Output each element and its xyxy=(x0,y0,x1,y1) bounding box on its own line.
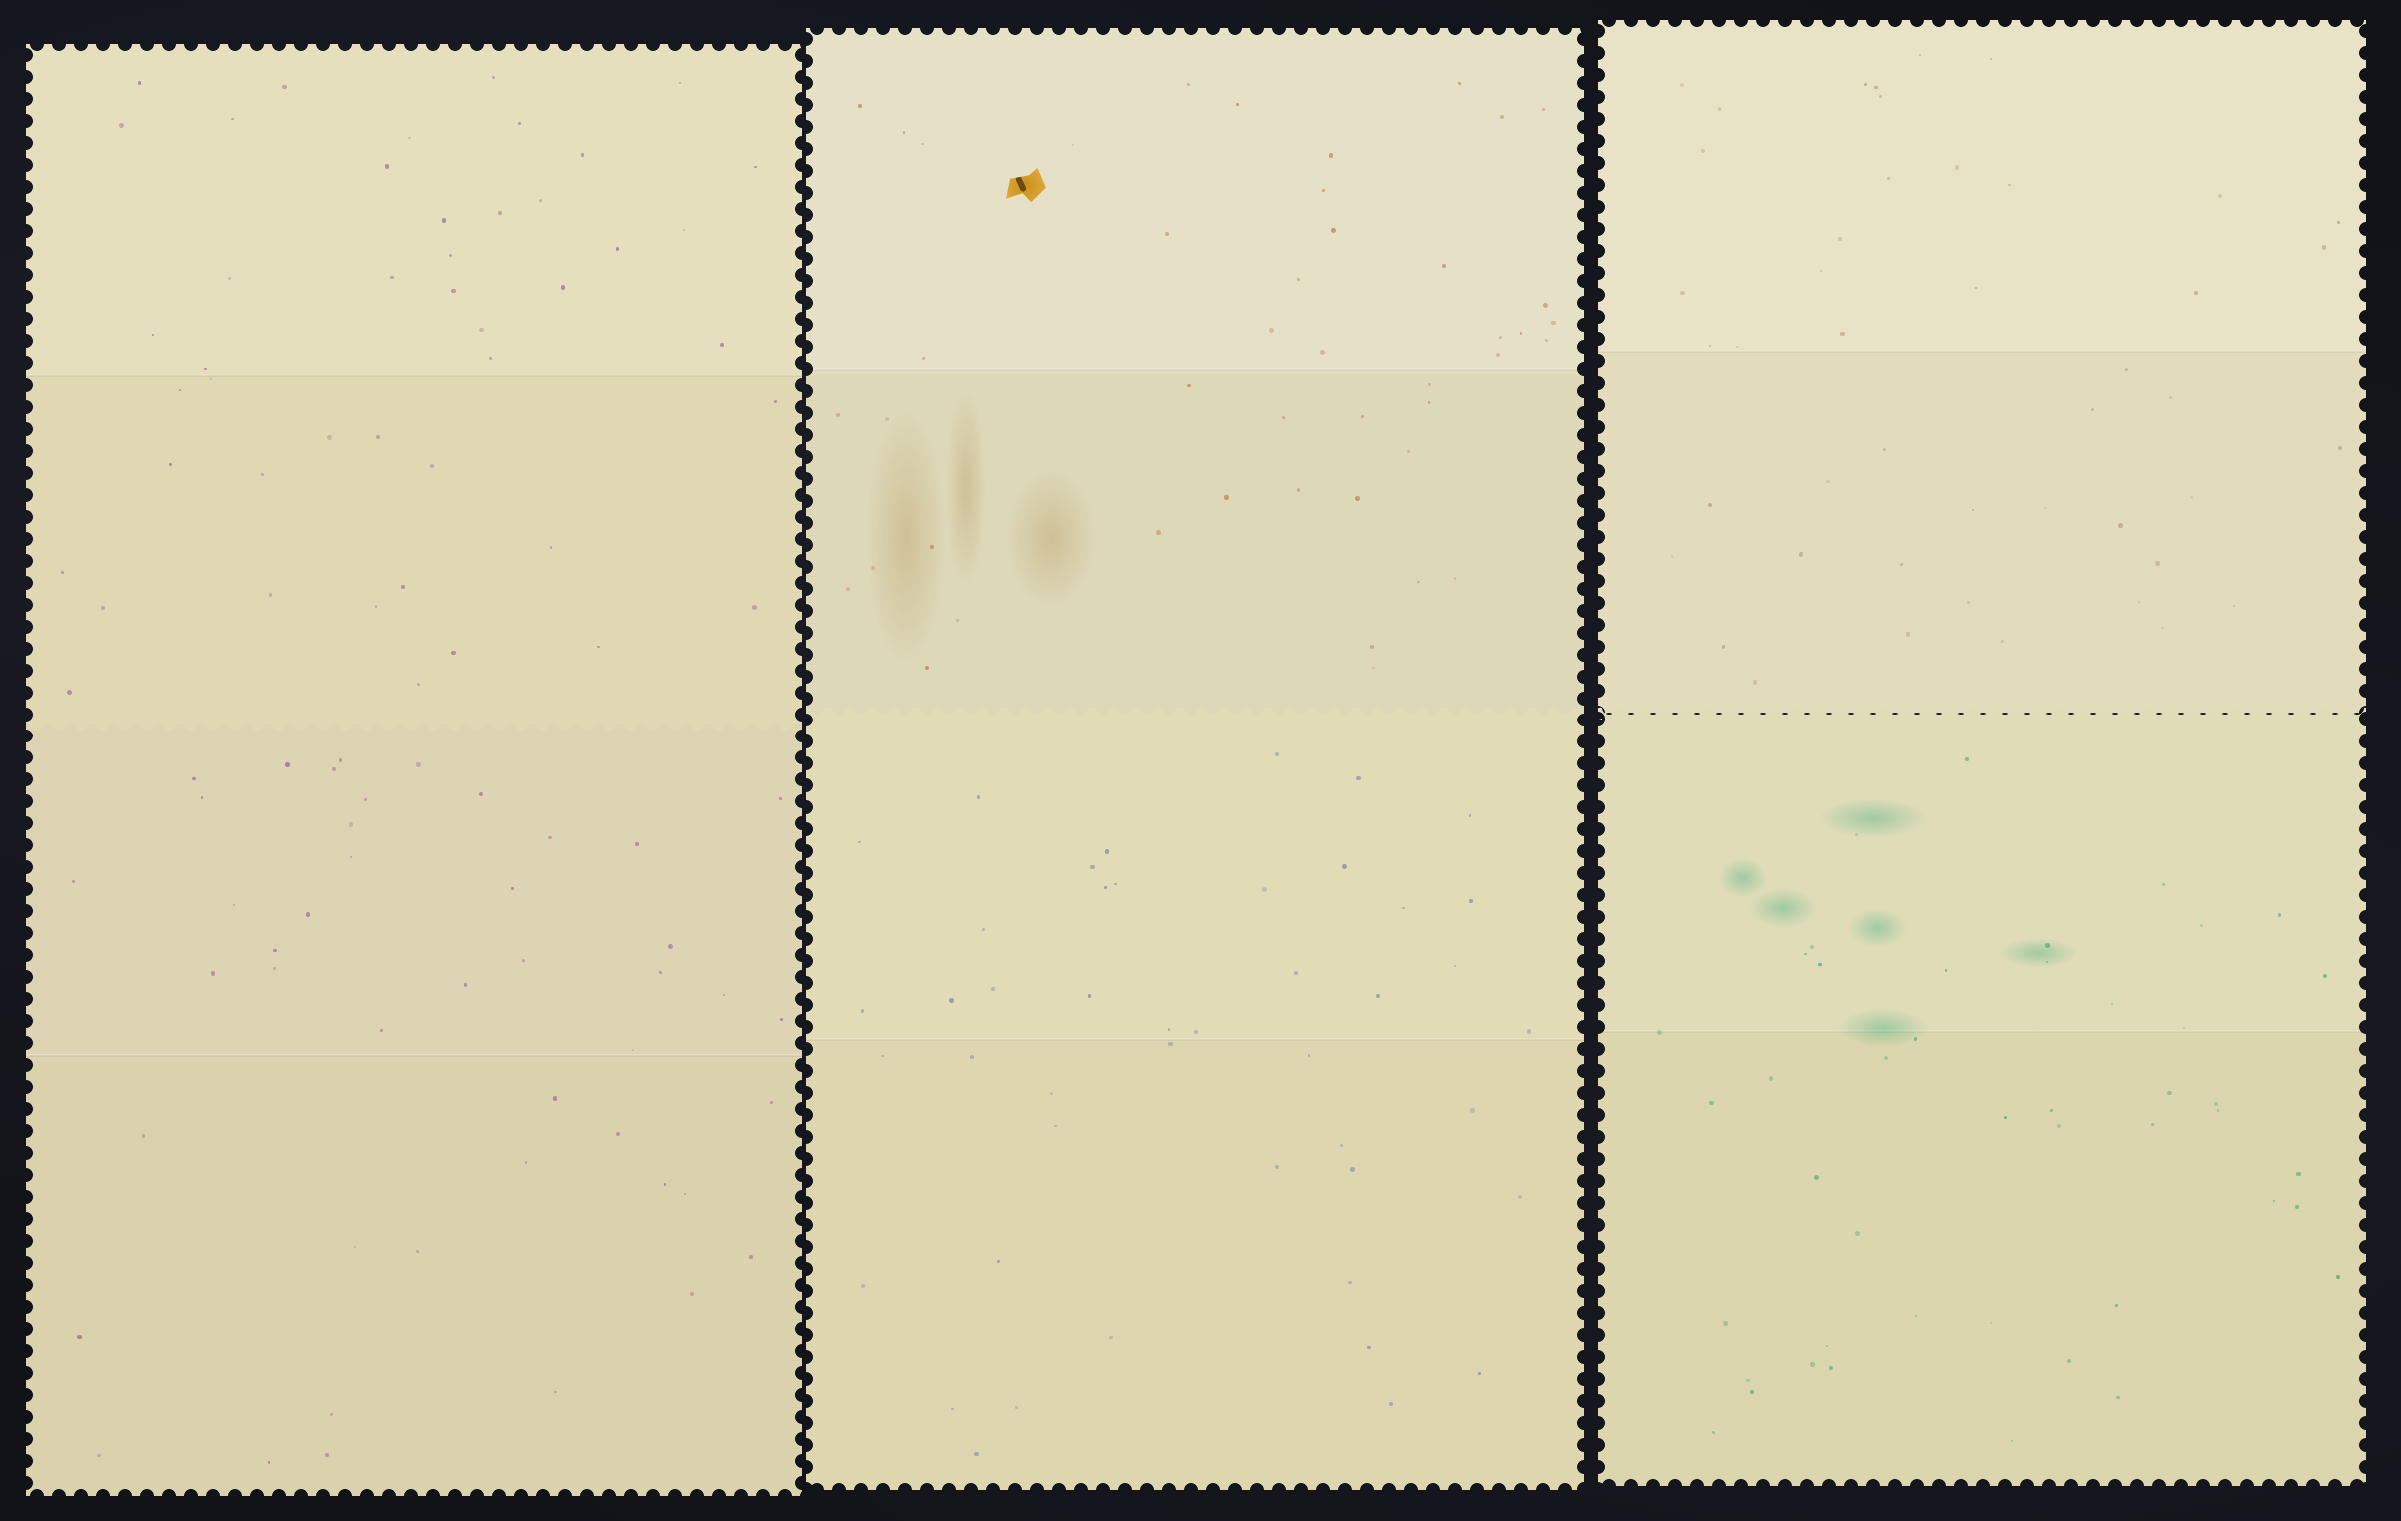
toning-stain xyxy=(1006,468,1096,608)
stamp-paper xyxy=(26,724,802,1496)
stamp-paper xyxy=(1598,20,2366,720)
stamp-back-bottom-middle xyxy=(806,708,1584,1490)
green-ink-offset xyxy=(1848,908,1908,948)
green-ink-offset xyxy=(1748,888,1818,928)
toning-stain xyxy=(946,388,986,588)
paper-crease xyxy=(1598,350,2366,353)
stamp-back-bottom-right xyxy=(1598,708,2366,1486)
paper-crease xyxy=(26,374,802,377)
stamp-back-top-right xyxy=(1598,20,2366,720)
paper-crease xyxy=(806,368,1584,371)
paper-crease xyxy=(1598,1030,2366,1033)
hinge-remnant xyxy=(1006,168,1048,204)
green-ink-offset xyxy=(1838,1008,1928,1048)
green-ink-offset xyxy=(1818,798,1928,838)
stamp-paper xyxy=(806,708,1584,1490)
stamp-back-bottom-left xyxy=(26,724,802,1496)
paper-crease xyxy=(806,1038,1584,1041)
paper-crease xyxy=(26,1054,802,1057)
photo-scene xyxy=(0,0,2401,1521)
stamp-back-top-left xyxy=(26,44,802,740)
stamp-paper xyxy=(806,28,1584,726)
green-ink-offset xyxy=(1998,938,2078,968)
toning-stain xyxy=(866,408,946,668)
stamp-back-top-middle xyxy=(806,28,1584,726)
stamp-paper xyxy=(1598,708,2366,1486)
stamp-paper xyxy=(26,44,802,740)
